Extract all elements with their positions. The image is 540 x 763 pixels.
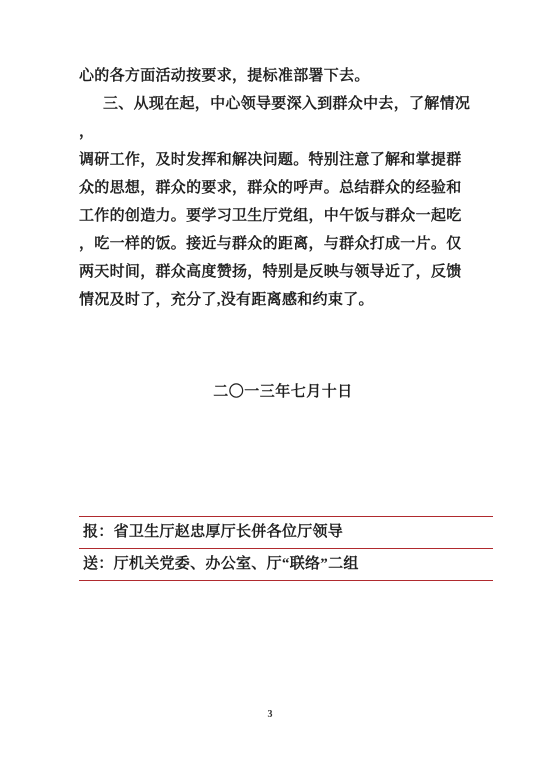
- body-line: 工作的创造力。要学习卫生厅党组，中午饭与群众一起吃: [79, 202, 487, 230]
- body-line: 调研工作，及时发挥和解决问题。特别注意了解和掌提群: [79, 146, 487, 174]
- page-number: 3: [0, 708, 540, 722]
- body-line: 三、从现在起，中心领导要深入到群众中去，了解情况: [79, 90, 487, 118]
- body-line: ，吃一样的饭。接近与群众的距离，与群众打成一片。仅: [79, 230, 487, 258]
- document-page: 心的各方面活动按要求，提标准部署下去。 三、从现在起，中心领导要深入到群众中去，…: [0, 0, 540, 763]
- send-line: 送：厅机关党委、办公室、厅“联络”二组: [79, 549, 493, 581]
- body-line: ，: [79, 118, 487, 146]
- body-line: 心的各方面活动按要求，提标准部署下去。: [79, 62, 487, 90]
- body-line: 两天时间，群众高度赞扬，特别是反映与领导近了，反馈: [79, 258, 487, 286]
- body-text-block: 心的各方面活动按要求，提标准部署下去。 三、从现在起，中心领导要深入到群众中去，…: [79, 62, 487, 314]
- report-line: 报：省卫生厅赵忠厚厅长併各位厅领导: [79, 517, 493, 549]
- body-line: 情况及时了，充分了,没有距离感和约束了。: [79, 286, 487, 314]
- distribution-block: 报：省卫生厅赵忠厚厅长併各位厅领导 送：厅机关党委、办公室、厅“联络”二组: [79, 516, 493, 581]
- body-line: 众的思想，群众的要求，群众的呼声。总结群众的经验和: [79, 174, 487, 202]
- date-line: 二〇一三年七月十日: [79, 378, 487, 406]
